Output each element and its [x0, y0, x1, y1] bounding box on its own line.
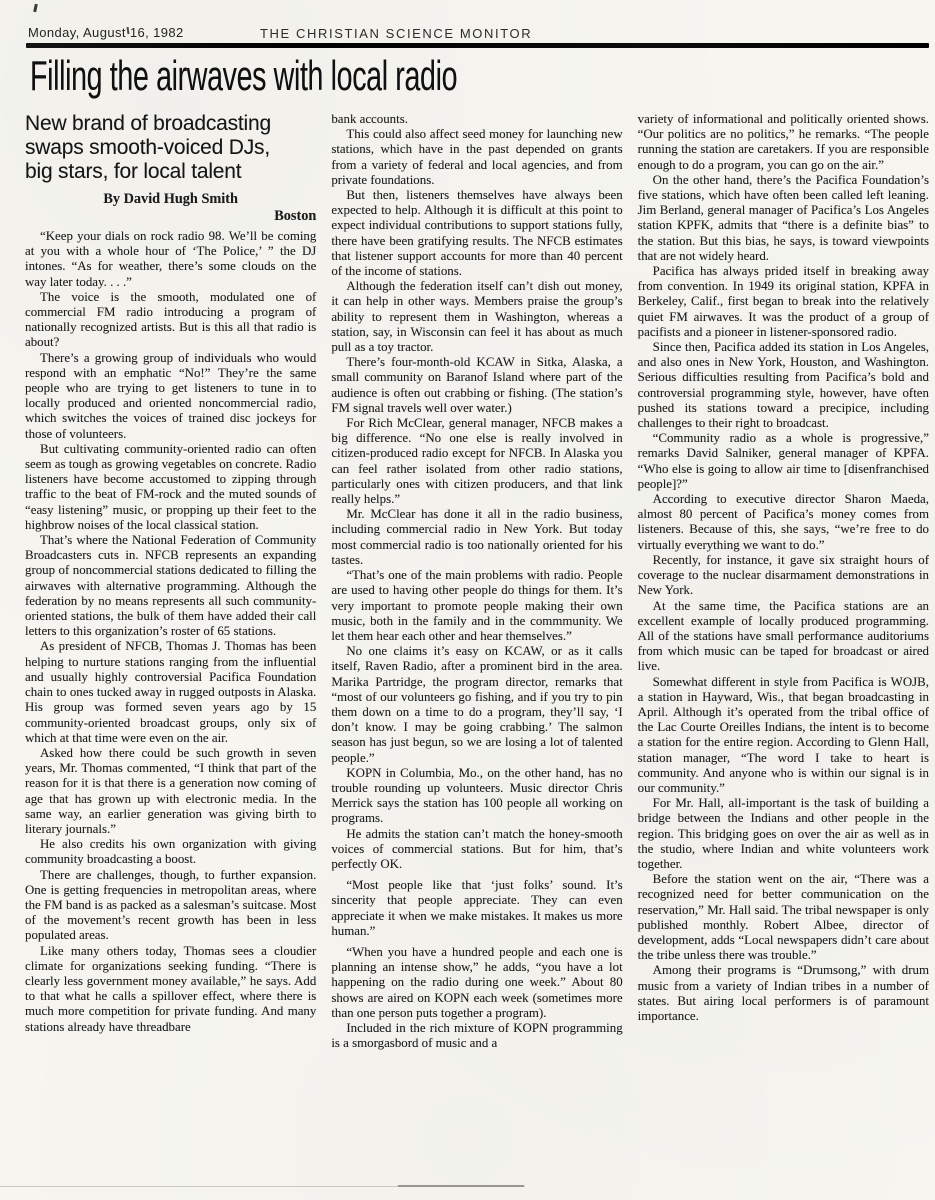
- article-paragraph: For Rich McClear, general manager, NFCB …: [331, 416, 622, 507]
- article-paragraph: “Most people like that ‘just folks’ soun…: [331, 878, 622, 939]
- article-paragraph: At the same time, the Pacifica stations …: [638, 599, 929, 675]
- article-paragraph: KOPN in Columbia, Mo., on the other hand…: [331, 766, 622, 827]
- article-paragraph: He also credits his own organization wit…: [25, 837, 316, 867]
- article-paragraph: “Keep your dials on rock radio 98. We’ll…: [25, 229, 316, 290]
- article-paragraph: But cultivating community-oriented radio…: [25, 442, 316, 533]
- column-1-paragraphs: “Keep your dials on rock radio 98. We’ll…: [25, 229, 316, 1035]
- article-paragraph: bank accounts.: [331, 112, 622, 127]
- column-1: New brand of broadcastingswaps smooth-vo…: [25, 112, 316, 1190]
- subhead-line: New brand of broadcasting: [25, 112, 316, 136]
- article-paragraph: Like many others today, Thomas sees a cl…: [25, 944, 316, 1035]
- article-paragraph: But then, listeners themselves have alwa…: [331, 188, 622, 279]
- article-paragraph: On the other hand, there’s the Pacifica …: [638, 173, 929, 264]
- column-3-paragraphs: variety of informational and politically…: [638, 112, 929, 1024]
- article-paragraph: That’s where the National Federation of …: [25, 533, 316, 639]
- article-paragraph: Although the federation itself can’t dis…: [331, 279, 622, 355]
- publication-name: THE CHRISTIAN SCIENCE MONITOR: [260, 26, 532, 41]
- article-paragraph: There’s four-month-old KCAW in Sitka, Al…: [331, 355, 622, 416]
- article-paragraph: Somewhat different in style from Pacific…: [638, 675, 929, 797]
- article-paragraph: Pacifica has always prided itself in bre…: [638, 264, 929, 340]
- masthead: Monday, August 16, 1982 THE CHRISTIAN SC…: [28, 25, 929, 43]
- article-paragraph: As president of NFCB, Thomas J. Thomas h…: [25, 639, 316, 745]
- article-paragraph: The voice is the smooth, modulated one o…: [25, 290, 316, 351]
- subhead-line: swaps smooth-voiced DJs,: [25, 136, 316, 160]
- issue-date: Monday, August 16, 1982: [28, 25, 184, 40]
- article-paragraph: “When you have a hundred people and each…: [331, 945, 622, 1021]
- byline: By David Hugh Smith: [25, 191, 316, 208]
- article-paragraph: According to executive director Sharon M…: [638, 492, 929, 553]
- subhead: New brand of broadcastingswaps smooth-vo…: [25, 112, 316, 184]
- article-body: New brand of broadcastingswaps smooth-vo…: [25, 112, 929, 1190]
- article-paragraph: He admits the station can’t match the ho…: [331, 827, 622, 873]
- page-bottom-rule-segment: [398, 1185, 524, 1187]
- article-paragraph: “That’s one of the main problems with ra…: [331, 568, 622, 644]
- article-paragraph: Mr. McClear has done it all in the radio…: [331, 507, 622, 568]
- article-paragraph: For Mr. Hall, all-important is the task …: [638, 796, 929, 872]
- article-paragraph: Included in the rich mixture of KOPN pro…: [331, 1021, 622, 1051]
- subhead-line: big stars, for local talent: [25, 160, 316, 184]
- dateline: Boston: [25, 208, 316, 225]
- headline: Filling the airwaves with local radio: [30, 52, 457, 100]
- column-2-paragraphs: bank accounts.This could also affect see…: [331, 112, 622, 1051]
- newspaper-page: Monday, August 16, 1982 THE CHRISTIAN SC…: [0, 0, 935, 1200]
- column-3: variety of informational and politically…: [638, 112, 929, 1190]
- article-paragraph: Asked how there could be such growth in …: [25, 746, 316, 837]
- article-paragraph: variety of informational and politically…: [638, 112, 929, 173]
- article-paragraph: This could also affect seed money for la…: [331, 127, 622, 188]
- article-paragraph: Recently, for instance, it gave six stra…: [638, 553, 929, 599]
- masthead-rule: [26, 43, 929, 48]
- article-paragraph: There’s a growing group of individuals w…: [25, 351, 316, 442]
- article-paragraph: Among their programs is “Drumsong,” with…: [638, 963, 929, 1024]
- scan-artifact: [33, 4, 38, 12]
- article-paragraph: “Community radio as a whole is progressi…: [638, 431, 929, 492]
- article-paragraph: There are challenges, though, to further…: [25, 868, 316, 944]
- column-2: bank accounts.This could also affect see…: [331, 112, 622, 1190]
- article-paragraph: No one claims it’s easy on KCAW, or as i…: [331, 644, 622, 766]
- article-paragraph: Since then, Pacifica added its station i…: [638, 340, 929, 431]
- article-paragraph: Before the station went on the air, “The…: [638, 872, 929, 963]
